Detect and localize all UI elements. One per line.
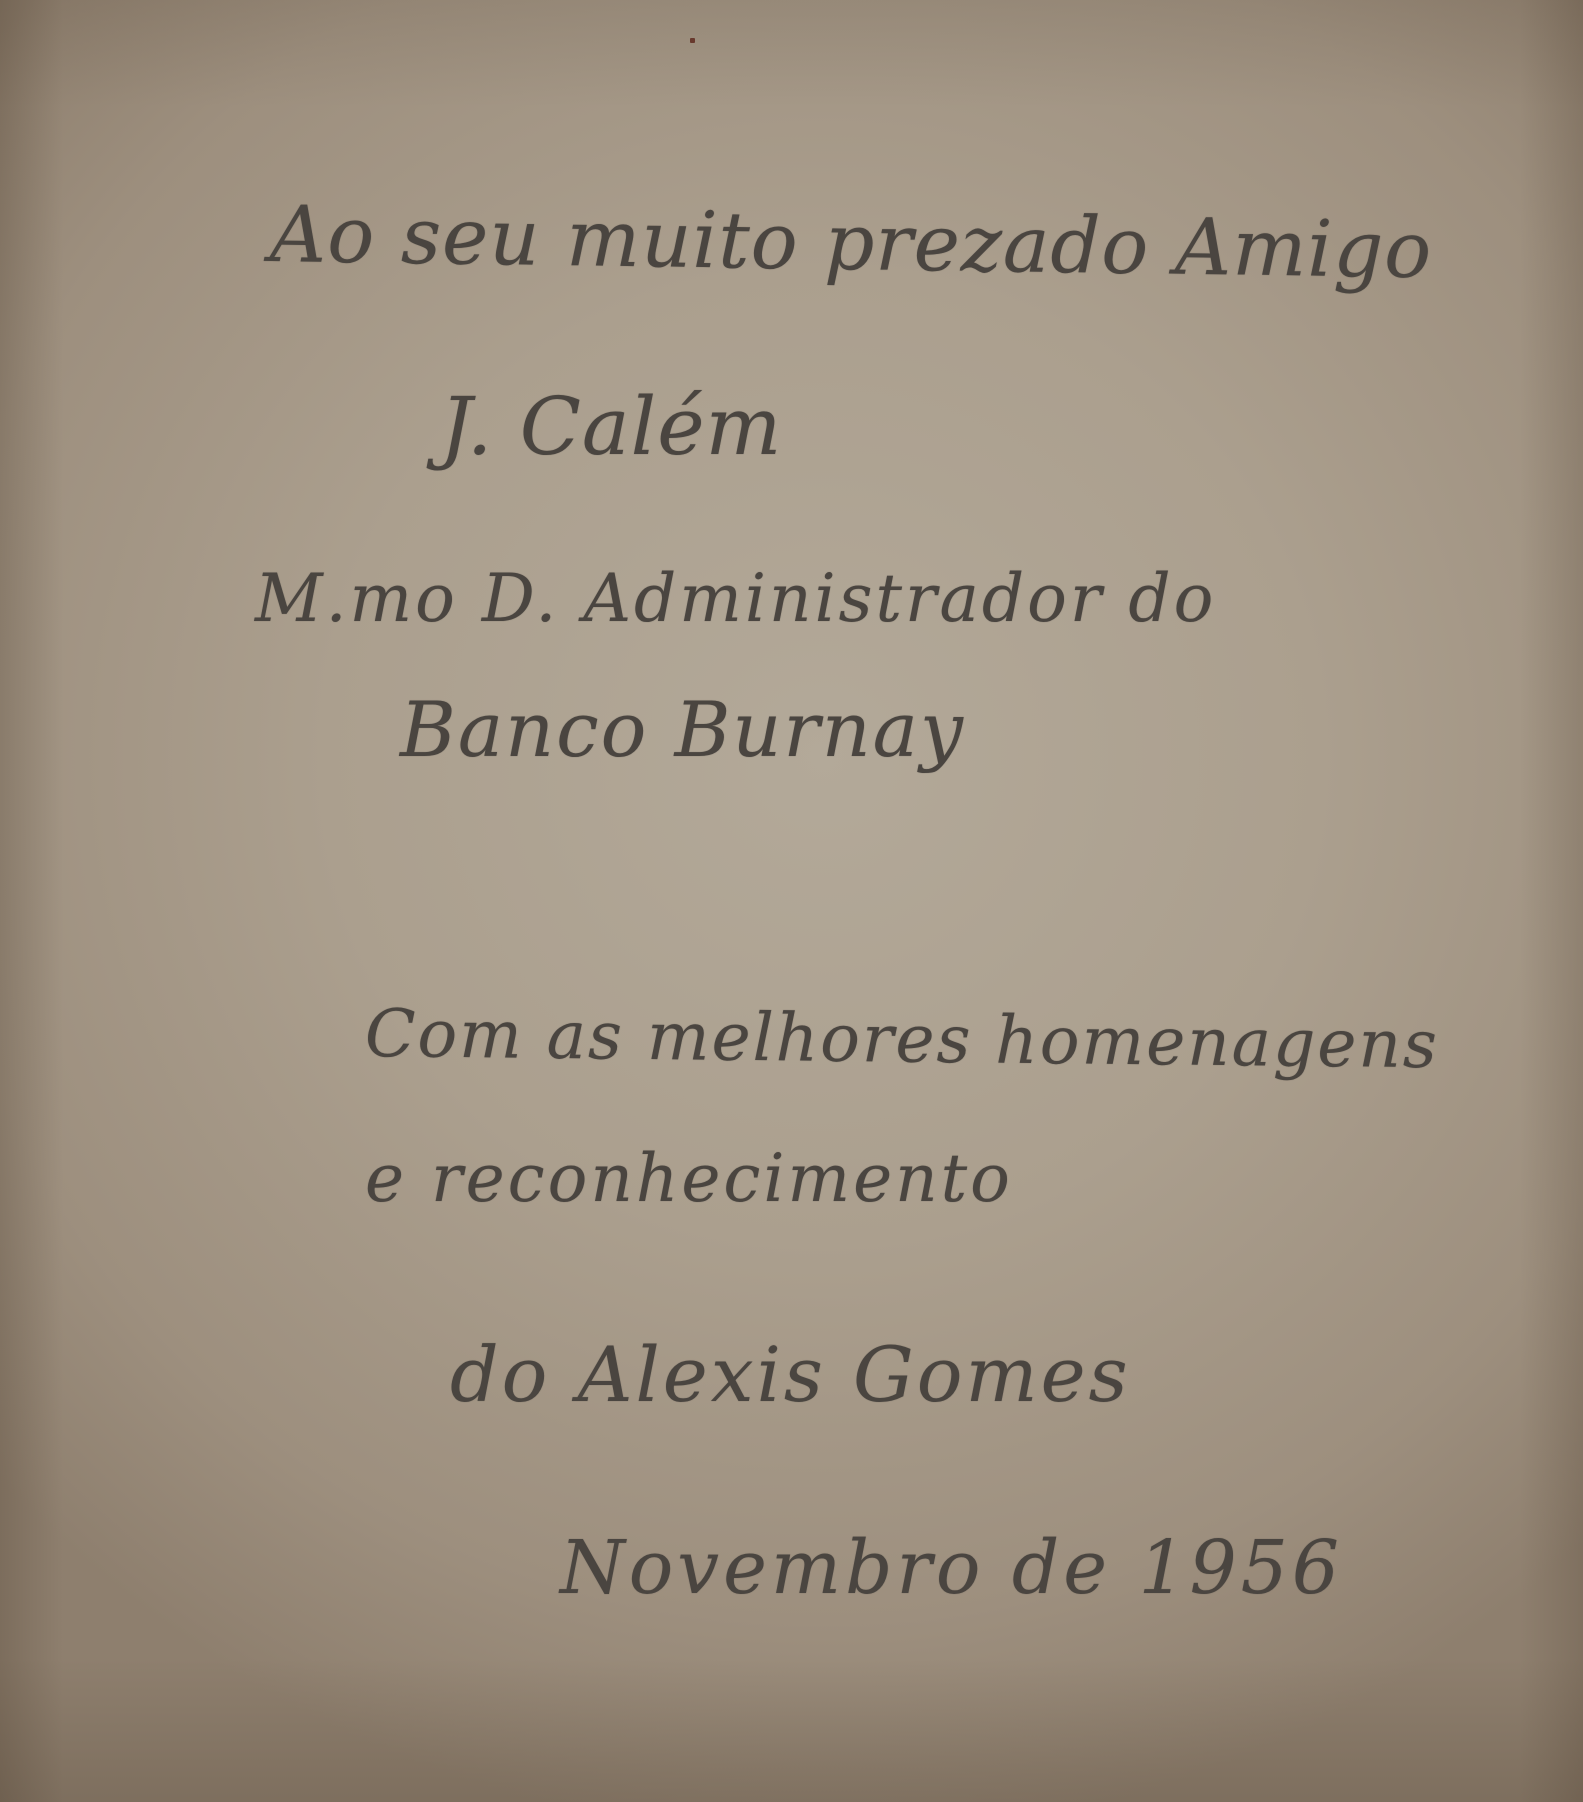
recipient-title: M.mo D. Administrador do [255,560,1216,637]
recipient-name: J. Calém [440,380,782,473]
message-line-1: Com as melhores homenagens [365,995,1440,1083]
recipient-institution: Banco Burnay [400,685,965,774]
book-flyleaf-page: Ao seu muito prezado Amigo J. Calém M.mo… [0,0,1583,1802]
message-line-2: e reconhecimento [365,1140,1013,1217]
dedication-greeting: Ao seu muito prezado Amigo [269,190,1432,296]
author-signature: do Alexis Gomes [450,1330,1131,1419]
dedication-date: Novembro de 1956 [560,1525,1343,1611]
paper-speck-mark [690,38,695,43]
